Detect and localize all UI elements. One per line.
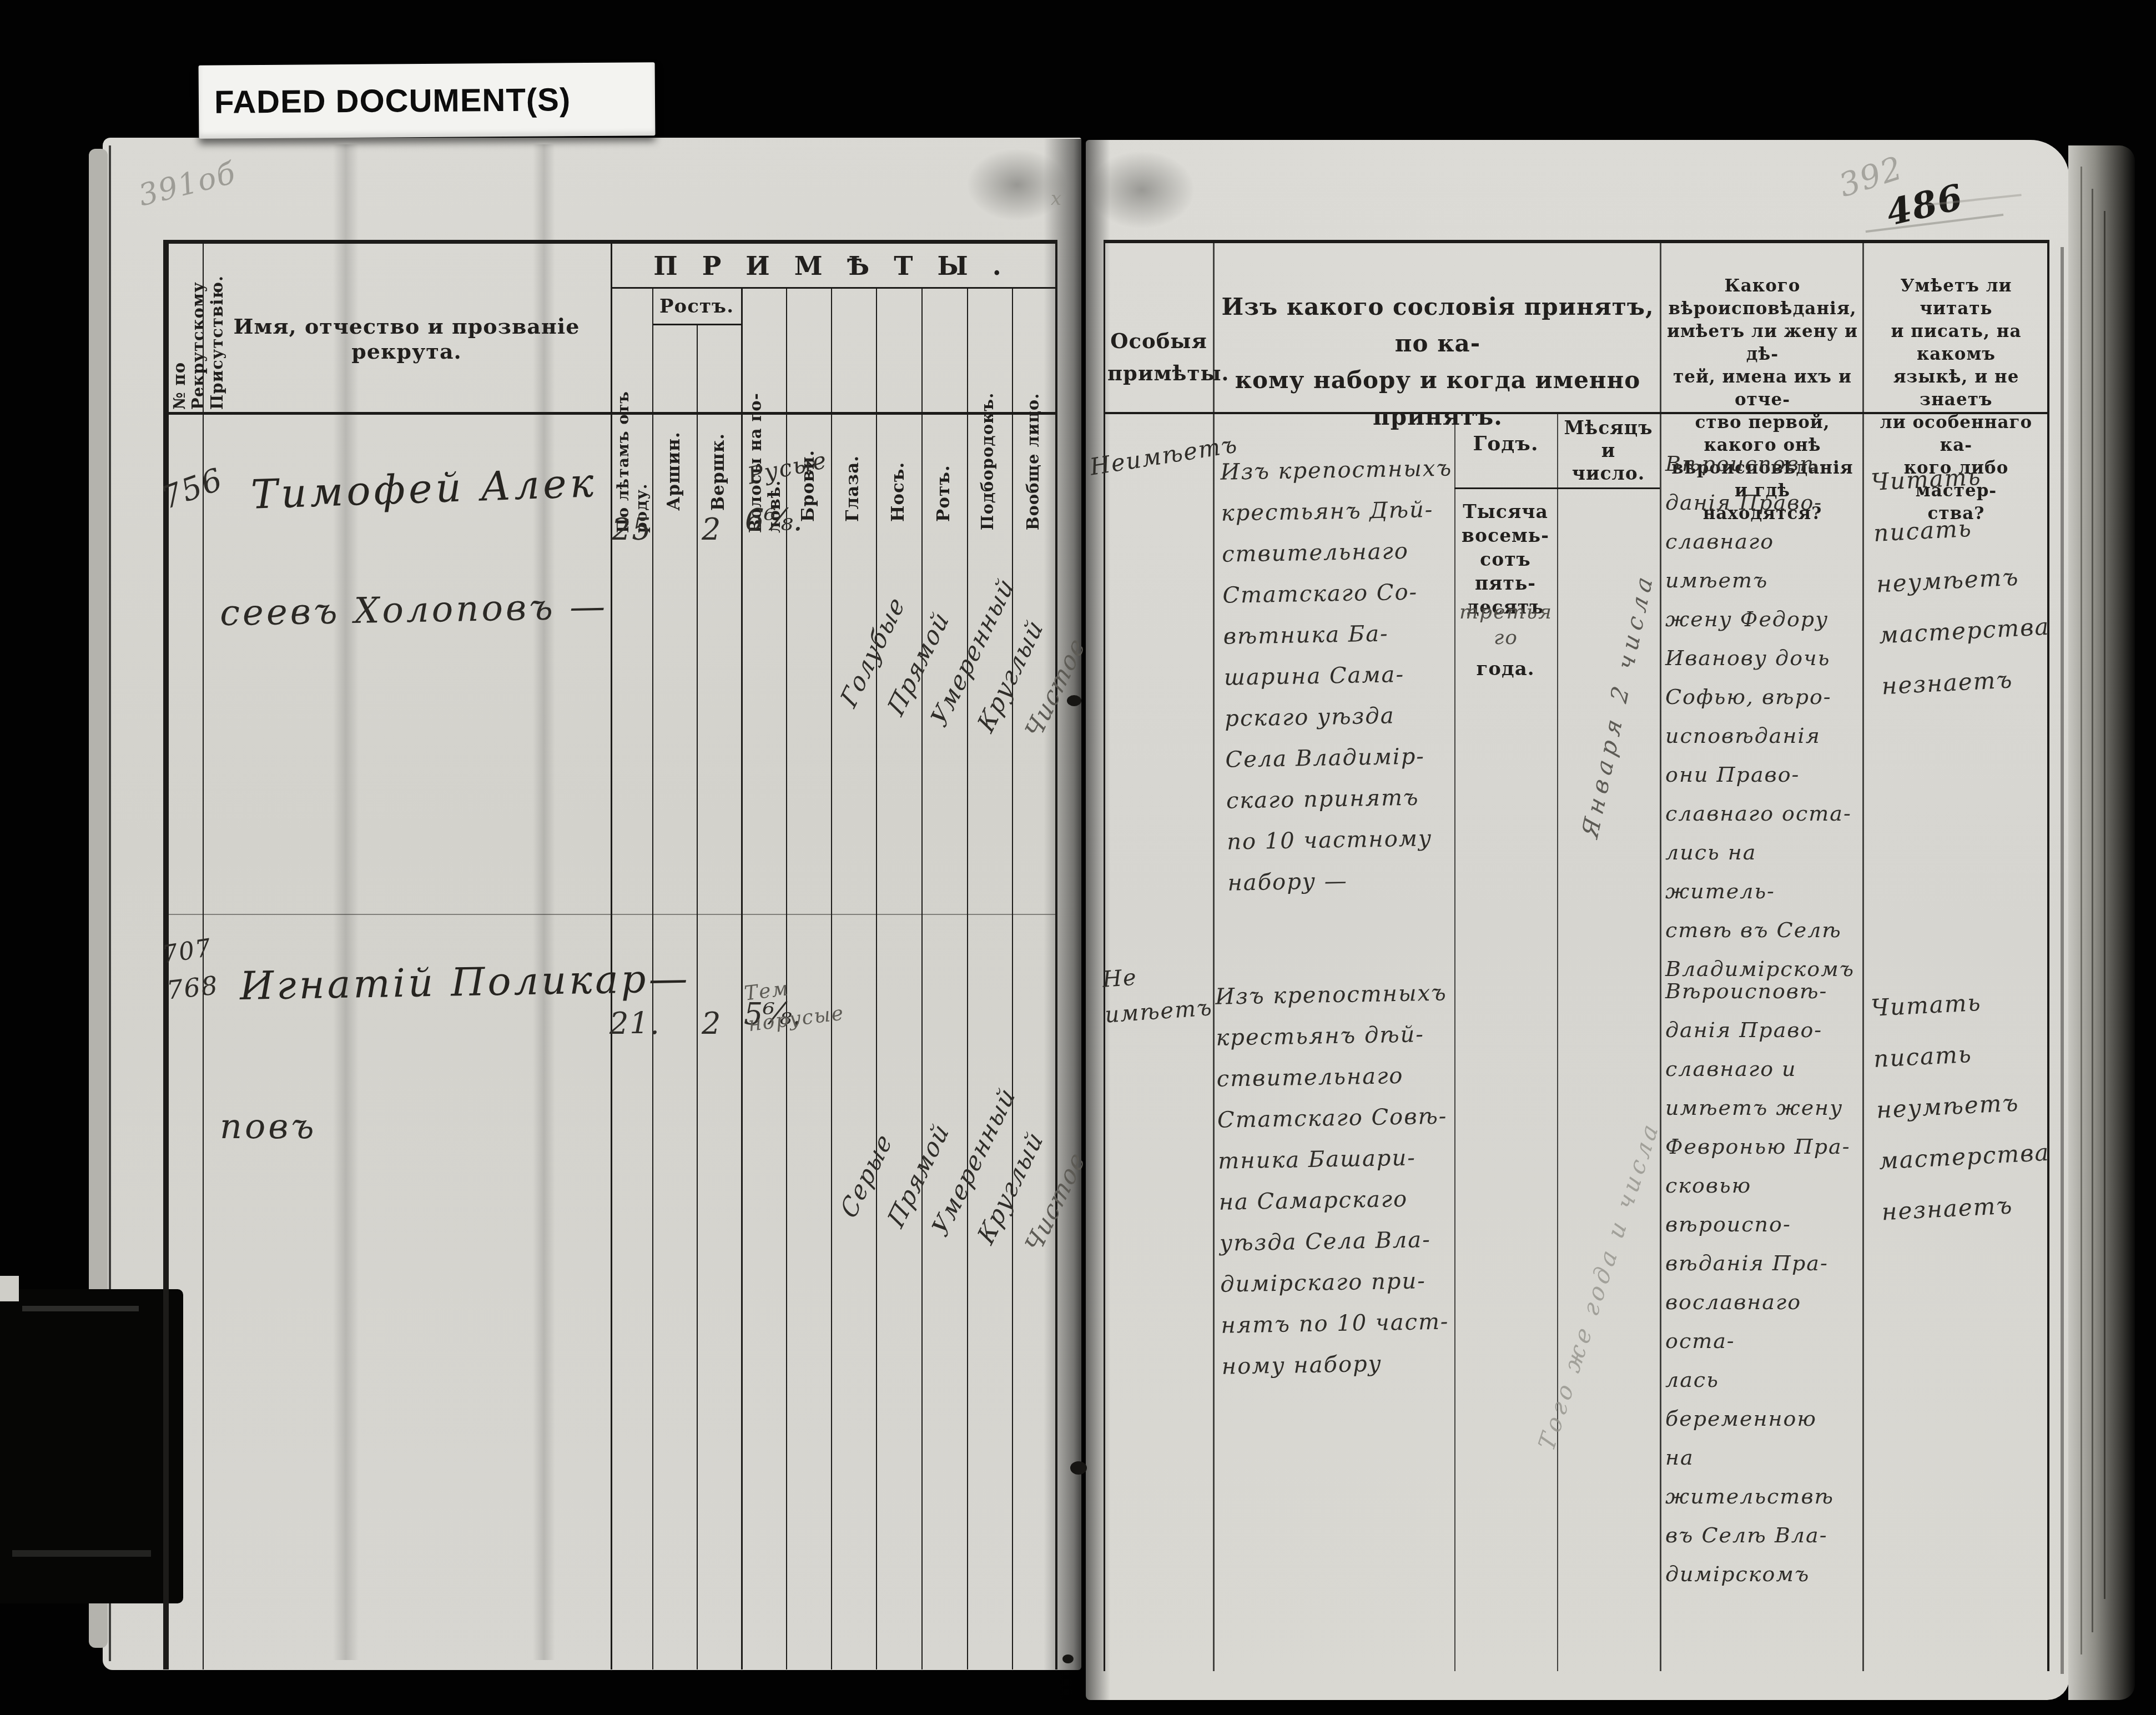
age-value: 21.	[609, 1006, 661, 1041]
column-header-month: Мѣсяцъ и число.	[1557, 416, 1660, 485]
primety-band-header: ПРИМѢТЫ.	[622, 251, 1057, 281]
literacy-text: Читать писать неумѣетъ мастерства незнае…	[1870, 448, 2049, 712]
book-clamp-highlight	[12, 1550, 151, 1557]
recruit-name-line: Игнатій Поликар—	[239, 955, 691, 1009]
recruit-name-line: сеевъ Холоповъ —	[219, 586, 608, 634]
arshin-value: 2	[702, 1006, 722, 1041]
grid-line	[611, 287, 1057, 289]
column-header-year: Годъ.	[1454, 432, 1557, 455]
column-header-height: Ростъ.	[652, 295, 741, 318]
grid-line	[876, 287, 877, 1669]
paper-crease	[333, 144, 359, 1660]
scanned-register-spread: x FADED DOCUMENT(S) 391об 392 486 № по Р…	[0, 0, 2156, 1715]
column-header-estate: Изъ какого сословія принятъ, по ка- кому…	[1218, 289, 1657, 435]
year-printed-text: года.	[1455, 658, 1555, 680]
column-header-hair: Волосы на го- ловѣ.	[746, 289, 784, 533]
column-header-name: Имя, отчество и прозваніе рекрута.	[208, 314, 605, 364]
grid-line	[2047, 240, 2049, 1671]
page-stack-streak	[2081, 167, 2082, 1654]
hair-value: Тем норусые	[743, 967, 846, 1040]
column-header-mouth: Ротъ.	[934, 289, 954, 522]
column-header-brows: Брови.	[798, 289, 818, 522]
faded-document-banner: FADED DOCUMENT(S)	[199, 62, 656, 139]
age-value: 25	[612, 512, 652, 547]
arshin-value: 2	[702, 512, 722, 547]
paper-crease	[533, 144, 555, 1660]
column-header-age: По лѣтамъ отъ роду.	[614, 289, 651, 533]
ink-blob	[1062, 1654, 1074, 1663]
grid-line	[611, 240, 612, 1669]
paper-notch	[0, 1276, 19, 1301]
ink-blob	[1070, 1461, 1087, 1475]
grid-line	[1055, 240, 1057, 1669]
book-clamp-highlight	[22, 1306, 139, 1311]
grid-line	[1557, 412, 1558, 1671]
grid-line	[1012, 287, 1013, 1669]
smudge	[1089, 151, 1195, 229]
page-stack-streak	[2104, 211, 2105, 1599]
estate-text: Изъ крепостныхъ крестьянъ дѣй- ствительн…	[1215, 972, 1461, 1387]
grid-line	[967, 287, 968, 1669]
grid-line	[2061, 247, 2064, 1674]
faded-document-banner-label: FADED DOCUMENT(S)	[199, 81, 571, 121]
religion-text: Вѣроисповѣ- данія Право- славнаго имѣетъ…	[1665, 444, 1865, 988]
column-header-arshin: Аршин.	[664, 328, 684, 511]
ink-blob	[1067, 695, 1081, 706]
column-header-nose: Носъ.	[888, 289, 908, 522]
estate-text: Изъ крепостныхъ крестьянъ Дѣй- ствительн…	[1220, 447, 1467, 903]
special-marks-value: Не имѣетъ	[1101, 954, 1214, 1033]
literacy-text: Читать писать неумѣетъ мастерства незнае…	[1870, 974, 2049, 1238]
column-header-face: Вообще лицо.	[1024, 291, 1042, 530]
grid-line	[921, 287, 923, 1669]
year-handwritten-text: третья го	[1459, 600, 1553, 651]
vershok-value: 6⁶⁄₈.	[745, 502, 803, 537]
column-header-special-marks: Особыя примѣты.	[1107, 325, 1210, 389]
column-header-vershok: Вершк.	[708, 328, 728, 511]
column-header-eyes: Глаза.	[843, 289, 863, 522]
page-stack-streak	[2092, 189, 2093, 1632]
page-stack-edge	[2068, 145, 2135, 1700]
smudge	[967, 149, 1067, 221]
column-header-chin: Подбородокъ.	[978, 291, 997, 530]
religion-text: Вѣроисповѣ- данія Право- славнаго и имѣе…	[1665, 972, 1865, 1593]
record-number-alt: 768	[165, 970, 220, 1005]
grid-line	[1660, 240, 1661, 1671]
recruit-name-line: повъ	[220, 1106, 317, 1146]
grid-line	[1105, 240, 2049, 243]
grid-line	[697, 324, 698, 1669]
gutter-mark: x	[1051, 188, 1062, 210]
